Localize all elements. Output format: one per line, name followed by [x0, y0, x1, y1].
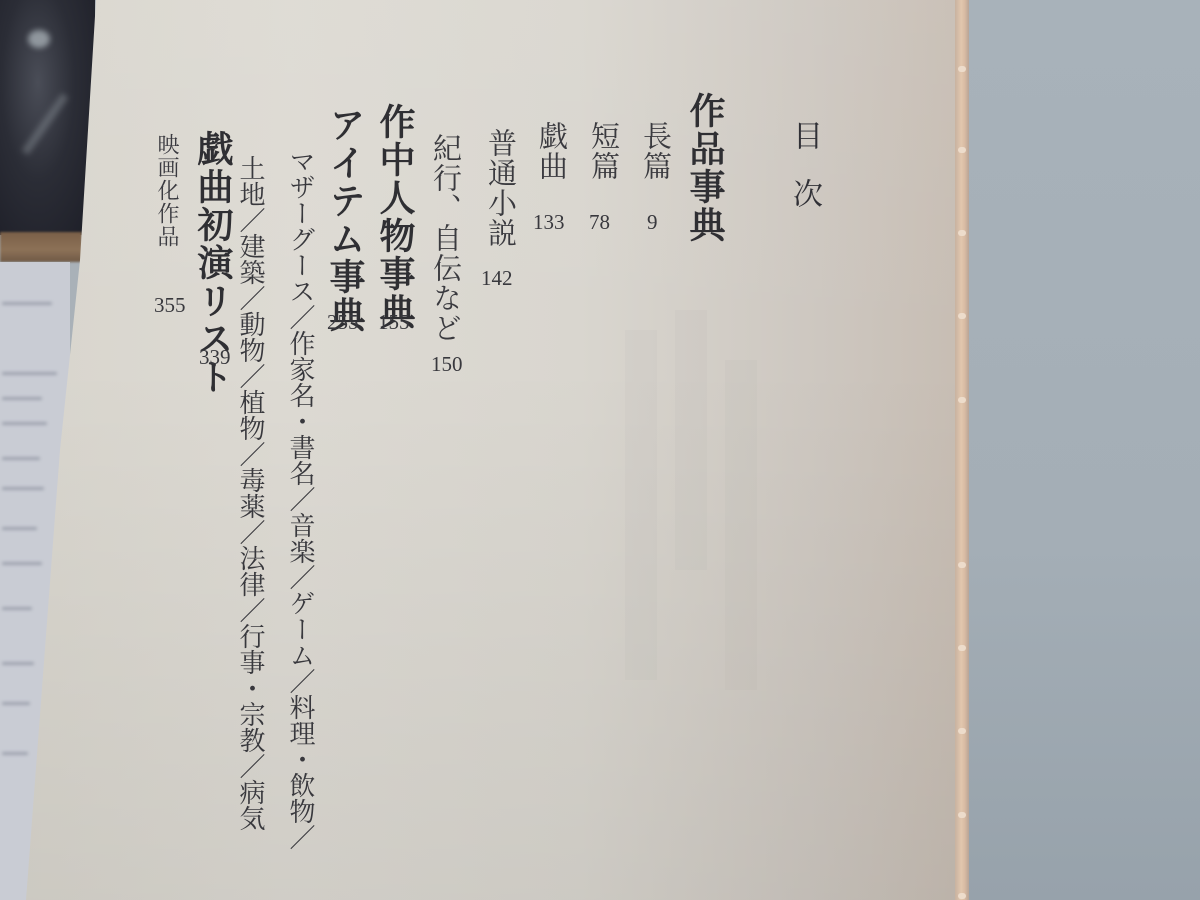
binding-stitch: [958, 812, 966, 818]
toc-entry-long-novels: 長篇: [641, 121, 670, 181]
binding-stitch: [958, 313, 966, 319]
binding-stitch: [958, 562, 966, 568]
section-heading-film-adaptations: 映画化作品: [155, 133, 177, 248]
scribble-line: [2, 562, 42, 565]
section-heading-items: アイテム事典: [327, 106, 363, 334]
book-binding-thread: [955, 0, 969, 900]
toc-entry-short-stories: 短篇: [589, 121, 618, 181]
binding-stitch: [958, 645, 966, 651]
section-heading-works: 作品事典: [687, 92, 723, 244]
page-number: 339: [199, 345, 231, 370]
show-through-text: [675, 310, 707, 570]
background-highlight: [28, 30, 50, 48]
items-subtopics-line1: マザーグース／作家名・書名／音楽／ゲーム／料理・飲物／: [287, 148, 313, 850]
scribble-line: [2, 702, 30, 705]
toc-entry-general-novels: 普通小説: [486, 128, 515, 248]
binding-stitch: [958, 728, 966, 734]
facing-page: [969, 0, 1200, 900]
scribble-line: [2, 607, 32, 610]
binding-stitch: [958, 147, 966, 153]
page-number: 133: [533, 210, 565, 235]
binding-stitch: [958, 893, 966, 899]
page-number: 355: [154, 293, 186, 318]
background-wooden-edge: [0, 232, 82, 262]
binding-stitch: [958, 230, 966, 236]
page-number: 255: [327, 310, 359, 335]
section-heading-characters: 作中人物事典: [377, 103, 413, 331]
scribble-line: [2, 487, 44, 490]
page-number: 78: [589, 210, 610, 235]
scribble-line: [2, 397, 42, 400]
scribble-line: [2, 372, 57, 375]
page-number: 150: [431, 352, 463, 377]
scribble-line: [2, 662, 34, 665]
toc-title: 目次: [789, 120, 819, 236]
scribble-line: [2, 302, 52, 305]
show-through-text: [625, 330, 657, 680]
background-streak: [22, 93, 69, 155]
toc-entry-travel-autobiography: 紀行、自伝など: [431, 133, 460, 343]
binding-stitch: [958, 397, 966, 403]
scribble-line: [2, 527, 37, 530]
items-subtopics-line2: 土地／建築／動物／植物／毒薬／法律／行事・宗教／病気: [237, 155, 263, 831]
scribble-line: [2, 752, 28, 755]
toc-entry-plays: 戯曲: [537, 121, 566, 181]
page-number: 9: [647, 210, 658, 235]
background-dark-object: [0, 0, 95, 235]
scribble-line: [2, 457, 40, 460]
page-number: 155: [378, 310, 410, 335]
scribble-line: [2, 422, 47, 425]
show-through-text: [725, 360, 757, 690]
binding-stitch: [958, 66, 966, 72]
page-number: 142: [481, 266, 513, 291]
